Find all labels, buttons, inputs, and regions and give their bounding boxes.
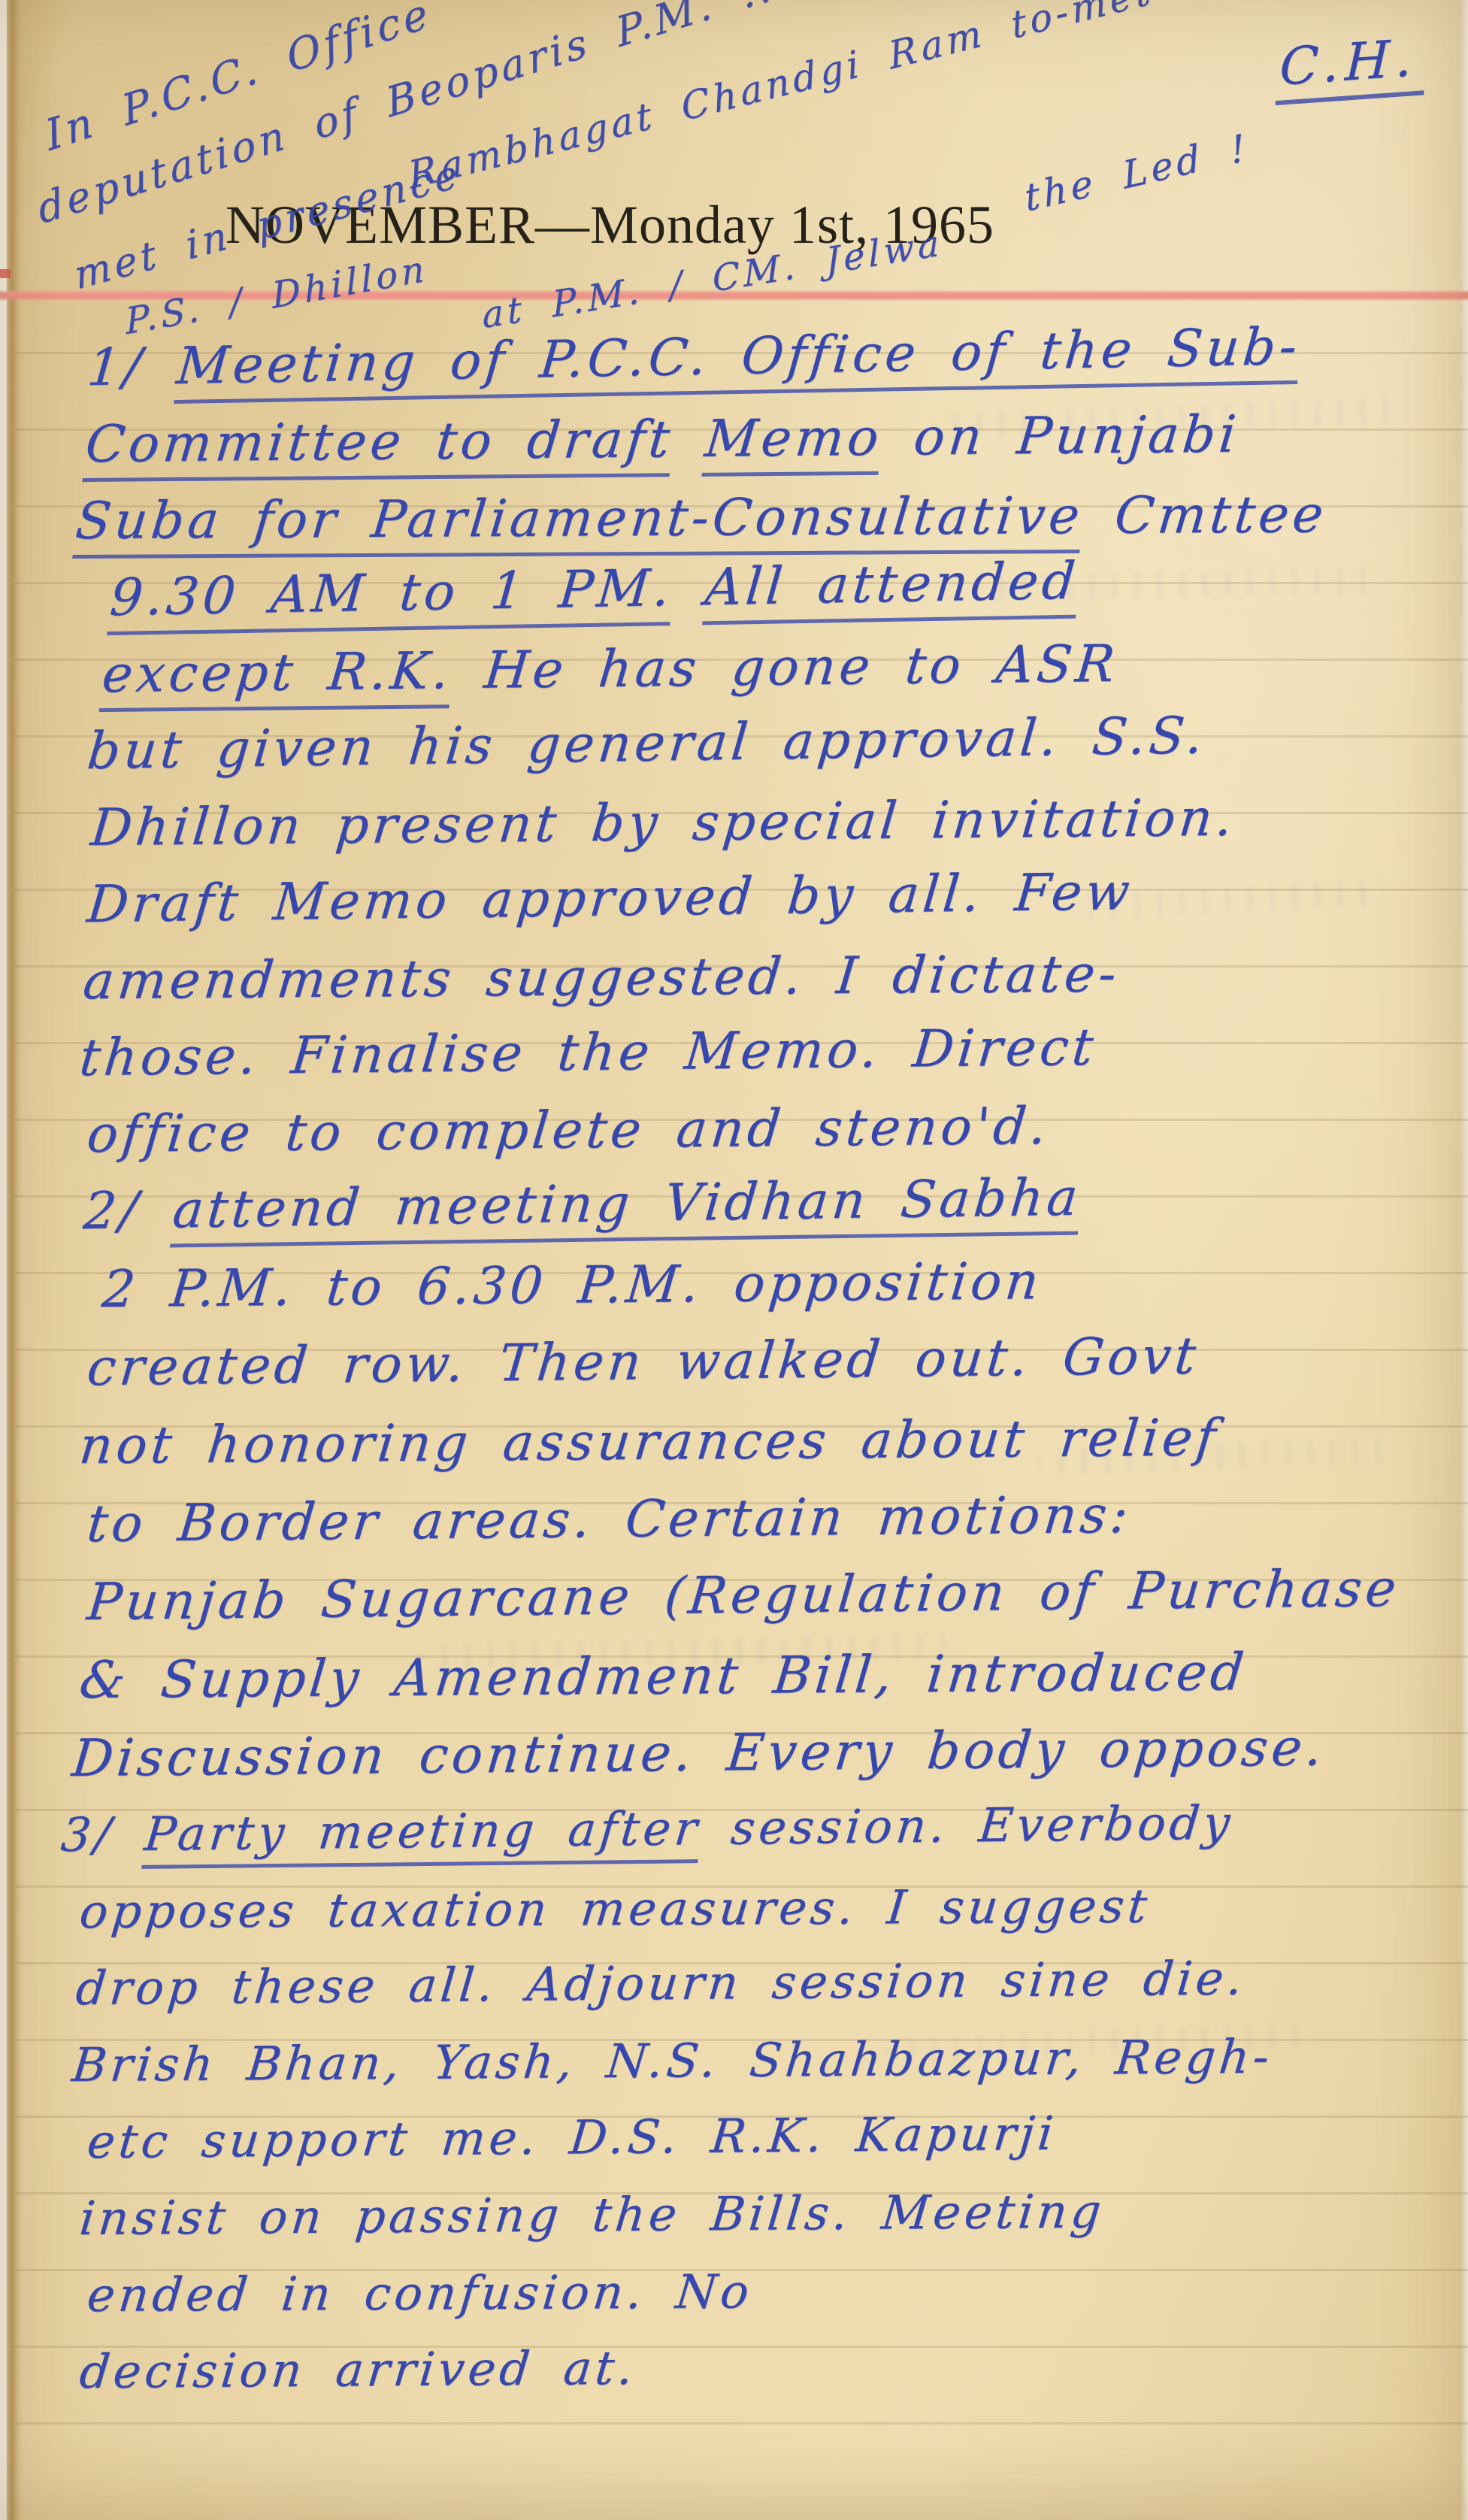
underlined-phrase: All attended: [702, 552, 1081, 625]
underlined-phrase: Party meeting after: [141, 1801, 703, 1869]
diary-line: except R.K. He has gone to ASR: [100, 635, 1121, 704]
diary-line: drop these all. Adjourn session sine die…: [74, 1950, 1249, 2016]
underlined-phrase: 9.30 AM to 1 PM.: [107, 559, 676, 635]
diary-line: those. Finalise the Memo. Direct: [77, 1018, 1100, 1088]
line-text: & Supply Amendment Bill, introduced: [77, 1643, 1250, 1710]
line-text: [670, 558, 708, 618]
margin-annotation: Rambhagat Chandgi Ram to-met: [406, 0, 1156, 198]
line-text: 2/: [81, 1180, 176, 1241]
line-text: Brish Bhan, Yash, N.S. Shahbazpur, Regh-: [70, 2029, 1276, 2092]
line-text: Cmttee: [1080, 485, 1330, 546]
diary-line: created row. Then walked out. Govt: [85, 1327, 1202, 1398]
line-text: ended in confusion. No: [85, 2264, 755, 2322]
diary-page: NOVEMBER—Monday 1st, 1965 C.H. In P.C.C.…: [0, 0, 1468, 2520]
line-text: insist on passing the Bills. Meeting: [77, 2183, 1107, 2246]
line-text: He has gone to ASR: [449, 635, 1121, 701]
diary-line: amendments suggested. I dictate-: [80, 944, 1122, 1011]
diary-line: insist on passing the Bills. Meeting: [77, 2183, 1107, 2246]
diary-line: decision arrived at.: [77, 2340, 639, 2399]
diary-line: Committee to draft Memo on Punjabi: [83, 405, 1242, 474]
diary-line: Brish Bhan, Yash, N.S. Shahbazpur, Regh-: [70, 2029, 1276, 2092]
line-text: 3/: [59, 1807, 147, 1862]
red-edge-mark: [0, 269, 11, 278]
underlined-phrase: Suba for Parliament-Consultative: [72, 486, 1086, 559]
diary-line: & Supply Amendment Bill, introduced: [77, 1643, 1250, 1710]
line-text: decision arrived at.: [77, 2340, 639, 2399]
line-text: to Border areas. Certain motions:: [84, 1486, 1134, 1554]
diary-line: etc support me. D.S. R.K. Kapurji: [85, 2106, 1059, 2169]
line-text: amendments suggested. I dictate-: [80, 944, 1122, 1011]
line-text: on Punjabi: [879, 405, 1243, 468]
line-text: opposes taxation measures. I suggest: [77, 1879, 1153, 1939]
diary-line: ended in confusion. No: [85, 2264, 755, 2322]
line-text: etc support me. D.S. R.K. Kapurji: [85, 2106, 1059, 2169]
line-text: Discussion continue. Every body oppose.: [69, 1718, 1328, 1789]
line-text: Dhillon present by special invitation.: [88, 789, 1239, 858]
underlined-phrase: Committee to draft: [82, 410, 676, 482]
line-text: drop these all. Adjourn session sine die…: [74, 1950, 1249, 2016]
line-text: 1/: [85, 337, 180, 398]
diary-line: office to complete and steno'd.: [84, 1097, 1052, 1165]
line-text: office to complete and steno'd.: [84, 1097, 1052, 1165]
diary-line: 1/ Meeting of P.C.C. Office of the Sub-: [85, 317, 1303, 398]
line-text: session. Everbody: [698, 1795, 1236, 1855]
underlined-phrase: Memo: [701, 408, 885, 477]
underlined-phrase: attend meeting Vidhan Sabha: [170, 1168, 1084, 1247]
underlined-phrase: except R.K.: [99, 641, 456, 712]
line-text: those. Finalise the Memo. Direct: [77, 1018, 1100, 1088]
line-text: created row. Then walked out. Govt: [85, 1327, 1202, 1398]
corner-initials: C.H.: [1276, 28, 1427, 105]
diary-line: not honoring assurances about relief: [77, 1408, 1221, 1476]
diary-line: Suba for Parliament-Consultative Cmttee: [73, 485, 1330, 551]
diary-line: opposes taxation measures. I suggest: [77, 1879, 1153, 1939]
diary-line: to Border areas. Certain motions:: [84, 1486, 1134, 1554]
line-text: 2 P.M. to 6.30 P.M. opposition: [99, 1252, 1045, 1319]
diary-line: Dhillon present by special invitation.: [88, 789, 1239, 858]
line-text: not honoring assurances about relief: [77, 1408, 1221, 1476]
margin-annotation: the Led !: [1022, 125, 1252, 220]
diary-line: 2 P.M. to 6.30 P.M. opposition: [99, 1252, 1045, 1319]
diary-line: Discussion continue. Every body oppose.: [69, 1718, 1328, 1789]
